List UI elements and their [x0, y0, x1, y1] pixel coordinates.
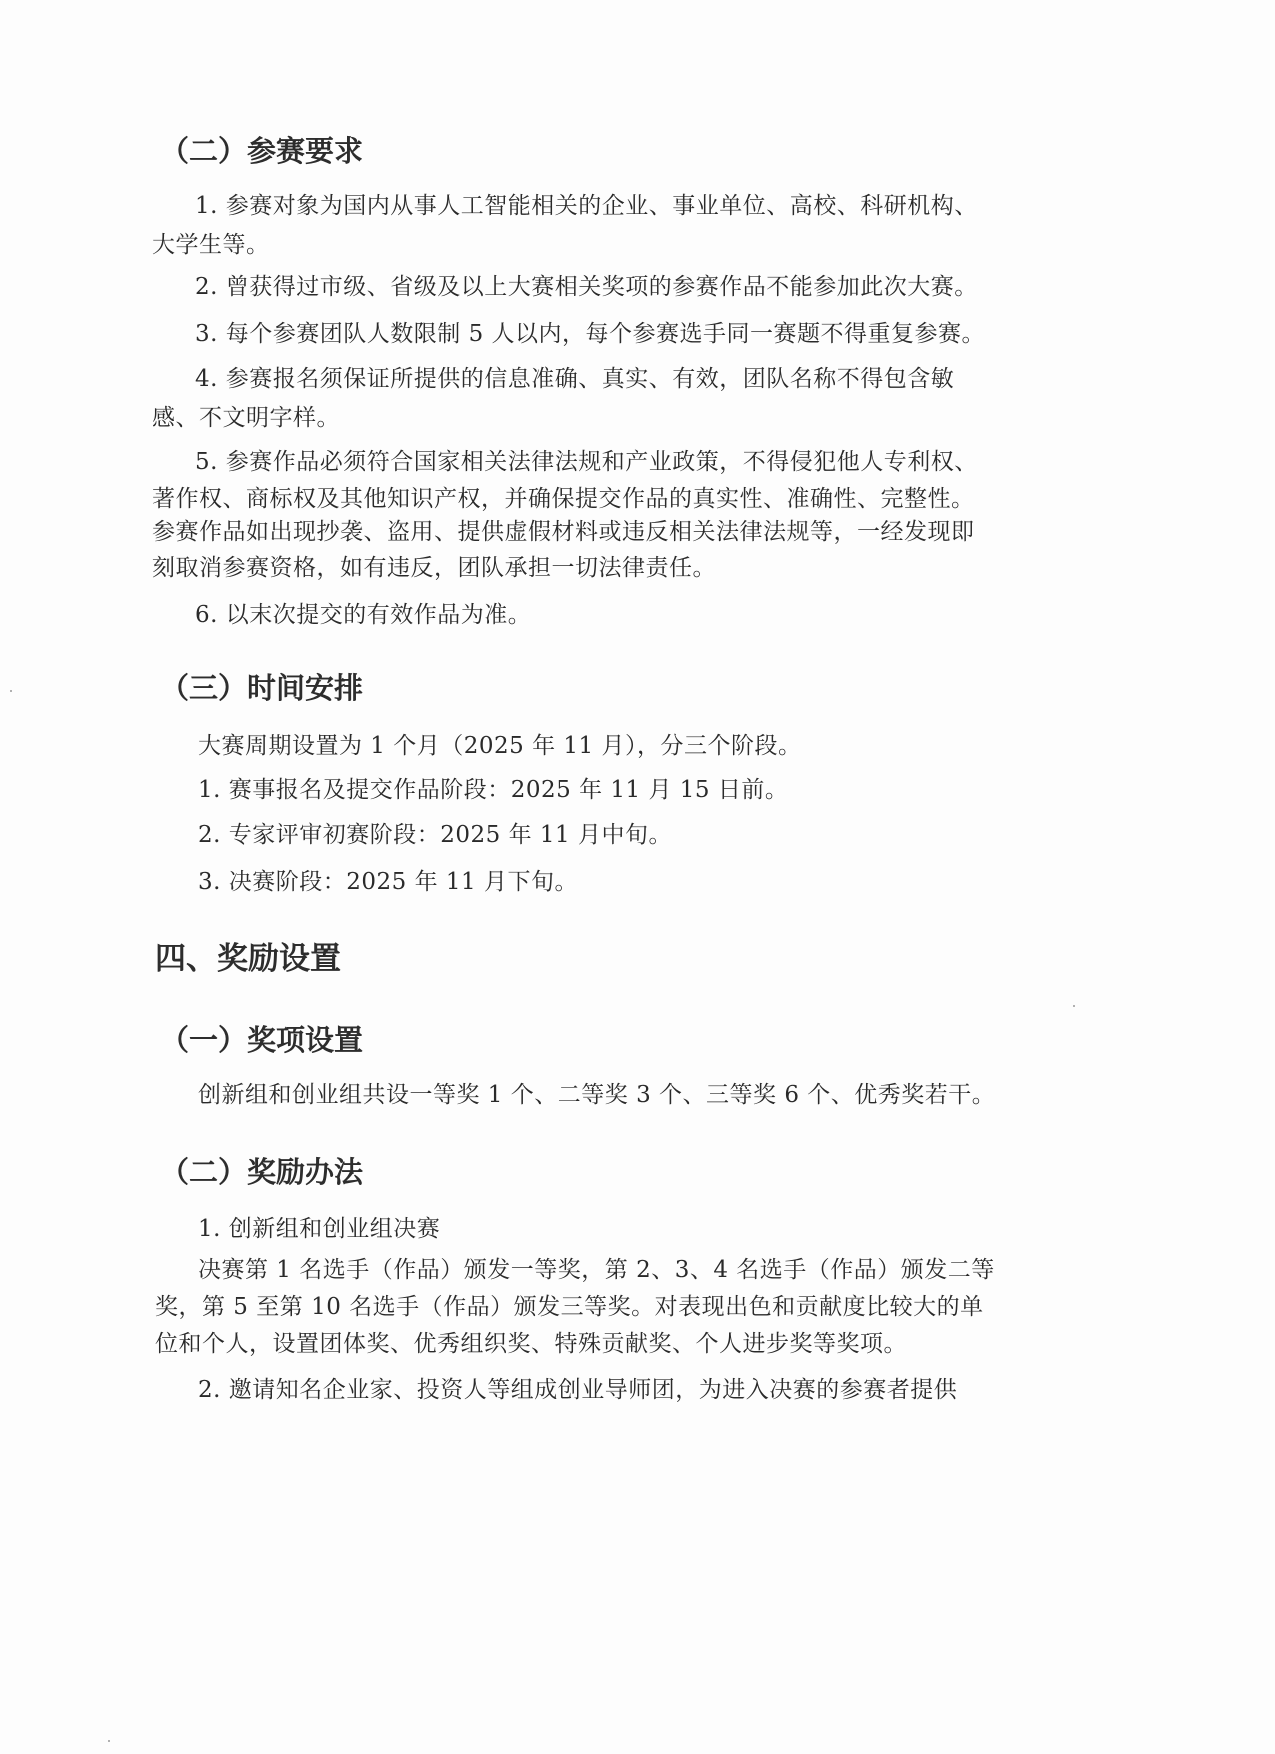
paragraph-line: 著作权、商标权及其他知识产权，并确保提交作品的真实性、准确性、完整性。	[152, 484, 975, 514]
paragraph-line: 大学生等。	[152, 230, 270, 260]
paragraph-line: 2. 邀请知名企业家、投资人等组成创业导师团，为进入决赛的参赛者提供	[198, 1375, 957, 1405]
section-heading-award-categories: （一）奖项设置	[160, 1022, 363, 1058]
paragraph-line: 决赛第 1 名选手（作品）颁发一等奖，第 2、3、4 名选手（作品）颁发二等	[198, 1255, 995, 1285]
paragraph-line: 奖，第 5 至第 10 名选手（作品）颁发三等奖。对表现出色和贡献度比较大的单	[155, 1292, 984, 1322]
paragraph-line: 感、不文明字样。	[152, 403, 340, 433]
scan-speck	[1073, 1005, 1075, 1007]
paragraph-line: 1. 参赛对象为国内从事人工智能相关的企业、事业单位、高校、科研机构、	[195, 191, 978, 221]
paragraph-line: 位和个人，设置团体奖、优秀组织奖、特殊贡献奖、个人进步奖等奖项。	[155, 1329, 907, 1359]
section-heading-award-methods: （二）奖励办法	[160, 1154, 363, 1190]
scan-speck	[10, 690, 12, 692]
paragraph-line: 2. 专家评审初赛阶段：2025 年 11 月中旬。	[198, 820, 672, 850]
paragraph-line: 6. 以末次提交的有效作品为准。	[195, 600, 531, 630]
section-heading-schedule: （三）时间安排	[160, 670, 363, 706]
chapter-heading-awards: 四、奖励设置	[155, 940, 341, 978]
paragraph-line: 刻取消参赛资格，如有违反，团队承担一切法律责任。	[152, 553, 716, 583]
paragraph-line: 1. 创新组和创业组决赛	[198, 1214, 440, 1244]
paragraph-line: 创新组和创业组共设一等奖 1 个、二等奖 3 个、三等奖 6 个、优秀奖若干。	[198, 1080, 995, 1110]
document-page: （二）参赛要求 1. 参赛对象为国内从事人工智能相关的企业、事业单位、高校、科研…	[0, 0, 1275, 1754]
paragraph-line: 1. 赛事报名及提交作品阶段：2025 年 11 月 15 日前。	[198, 775, 788, 805]
scan-speck	[108, 1740, 110, 1742]
paragraph-line: 3. 决赛阶段：2025 年 11 月下旬。	[198, 867, 578, 897]
section-heading-participation-requirements: （二）参赛要求	[160, 133, 363, 169]
paragraph-line: 5. 参赛作品必须符合国家相关法律法规和产业政策，不得侵犯他人专利权、	[195, 447, 978, 477]
paragraph-line: 参赛作品如出现抄袭、盗用、提供虚假材料或违反相关法律法规等，一经发现即	[152, 517, 975, 547]
paragraph-line: 4. 参赛报名须保证所提供的信息准确、真实、有效，团队名称不得包含敏	[195, 364, 954, 394]
paragraph-line: 3. 每个参赛团队人数限制 5 人以内，每个参赛选手同一赛题不得重复参赛。	[195, 319, 985, 349]
paragraph-line: 大赛周期设置为 1 个月（2025 年 11 月），分三个阶段。	[198, 731, 802, 761]
paragraph-line: 2. 曾获得过市级、省级及以上大赛相关奖项的参赛作品不能参加此次大赛。	[195, 272, 978, 302]
